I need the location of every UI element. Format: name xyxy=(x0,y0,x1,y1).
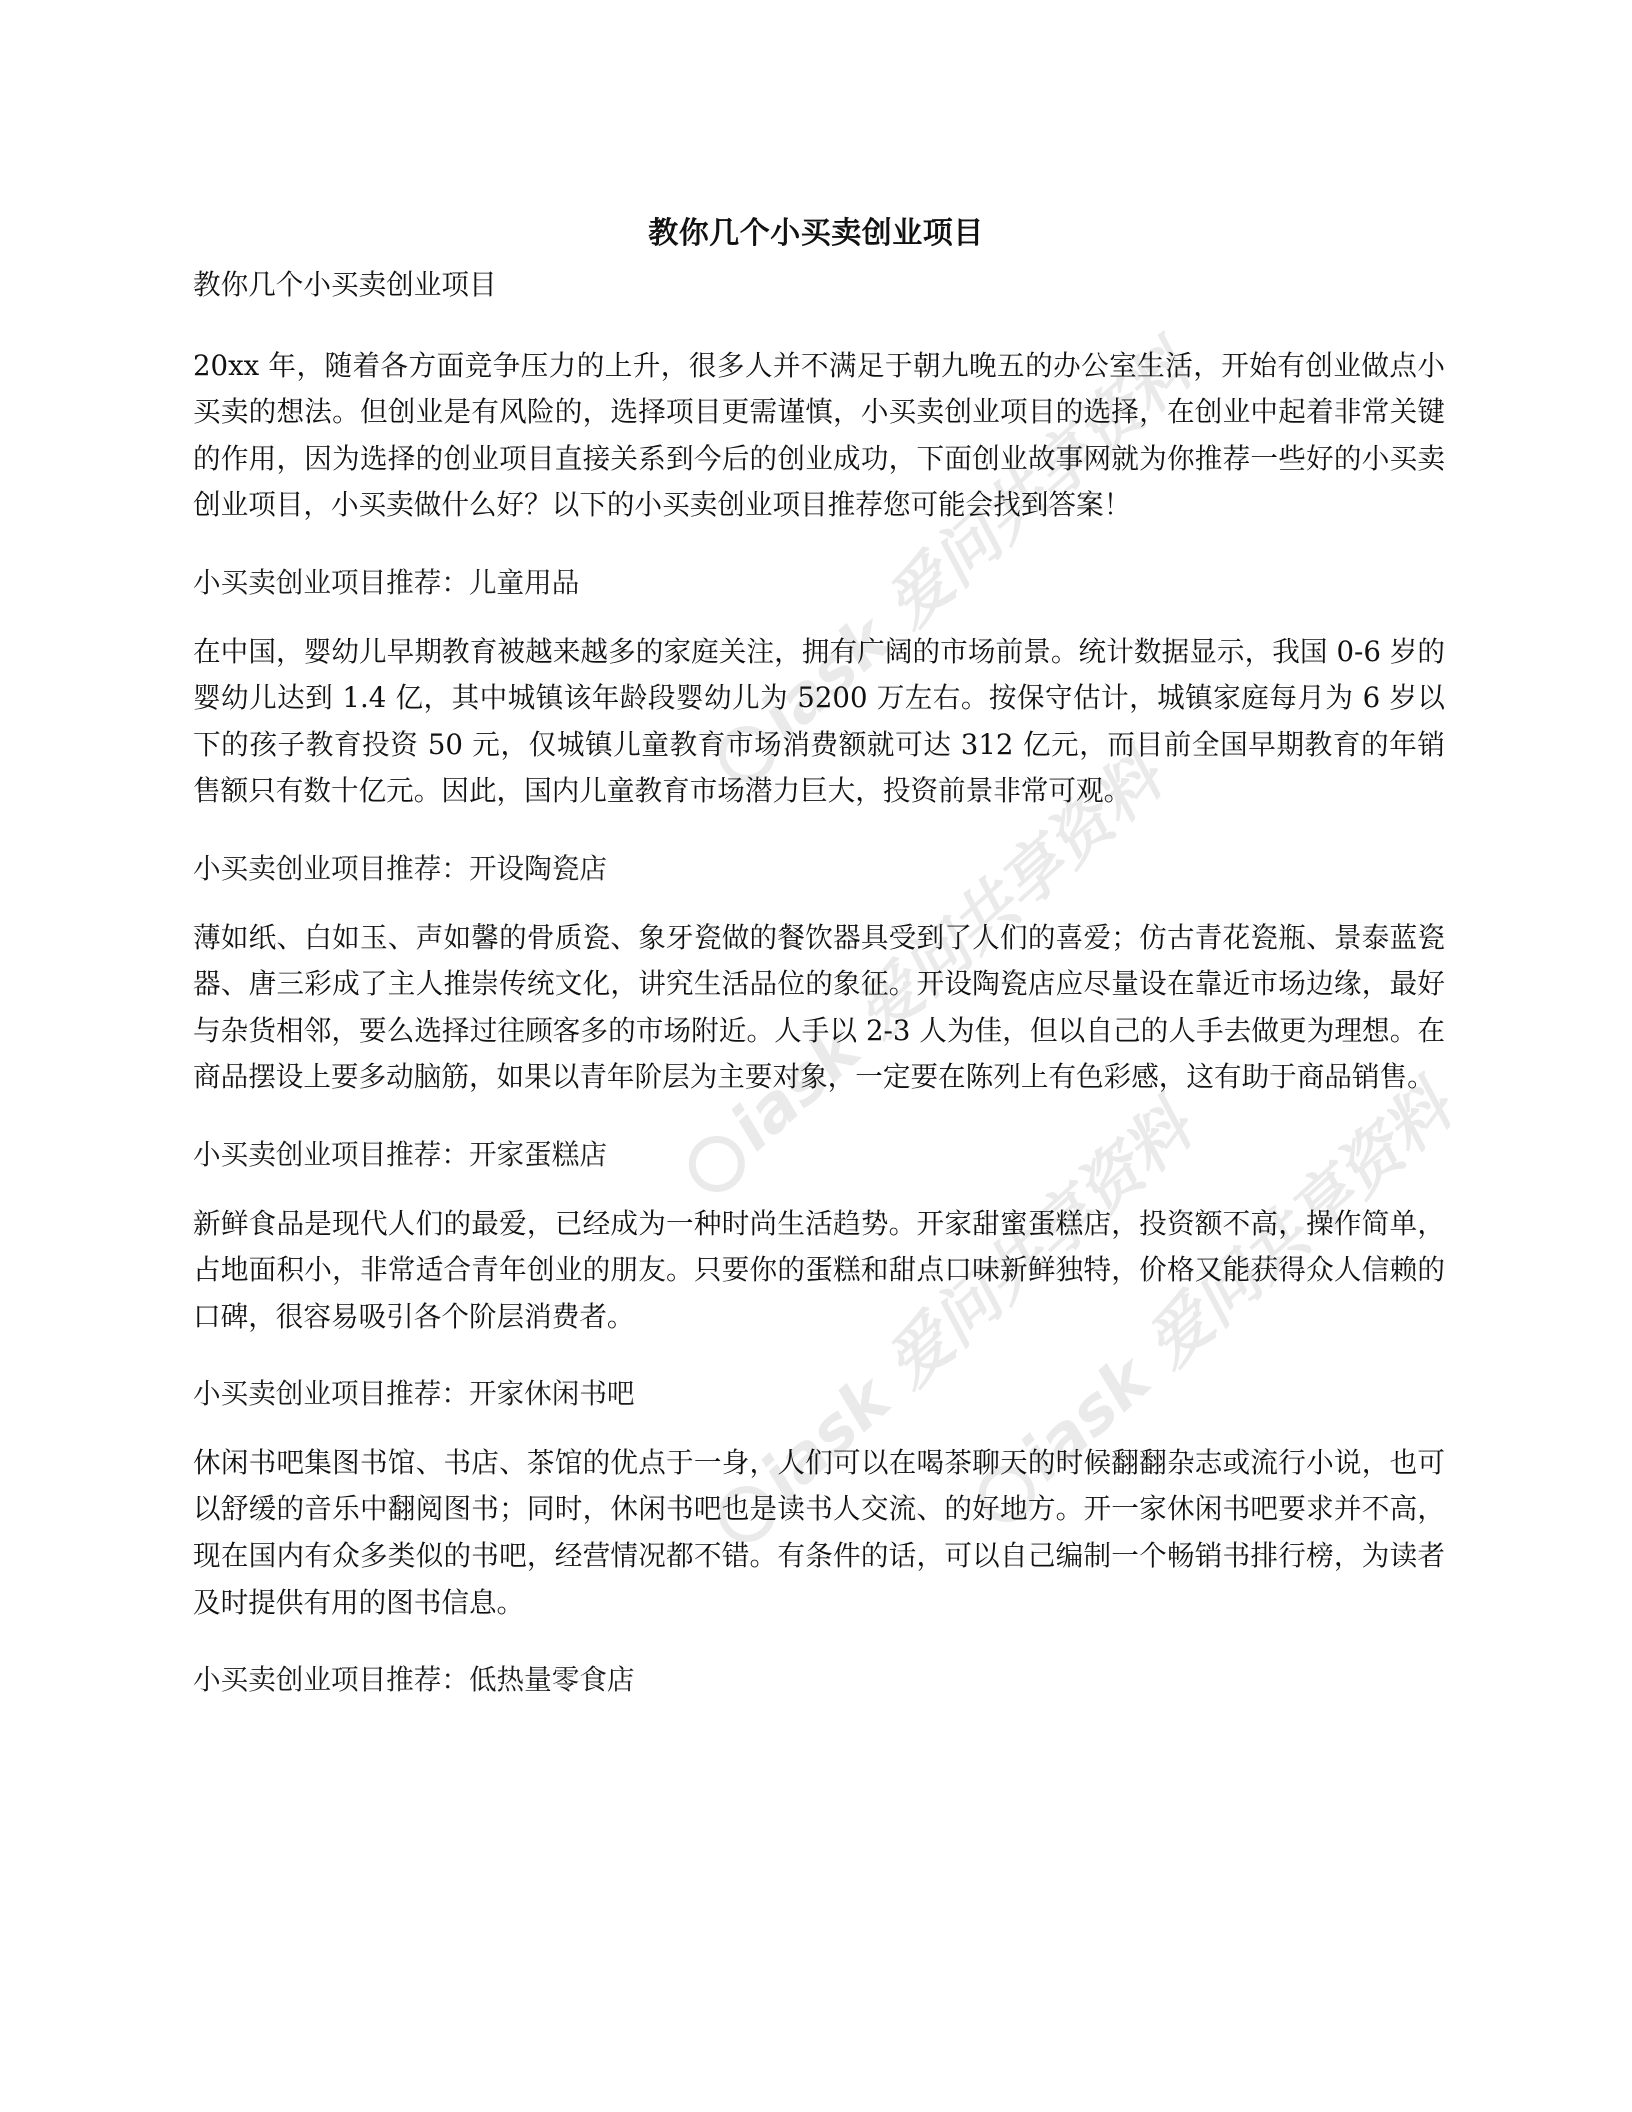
section-heading-low-calorie-snacks: 小买卖创业项目推荐：低热量零食店 xyxy=(193,1657,1445,1704)
section-body-book-bar: 休闲书吧集图书馆、书店、茶馆的优点于一身，人们可以在喝茶聊天的时候翻翻杂志或流行… xyxy=(193,1440,1445,1626)
intro-paragraph: 20xx 年，随着各方面竞争压力的上升，很多人并不满足于朝九晚五的办公室生活，开… xyxy=(193,343,1445,529)
section-body-children-products: 在中国，婴幼儿早期教育被越来越多的家庭关注，拥有广阔的市场前景。统计数据显示，我… xyxy=(193,629,1445,815)
document-body: 教你几个小买卖创业项目 20xx 年，随着各方面竞争压力的上升，很多人并不满足于… xyxy=(193,262,1445,1726)
section-heading-children-products: 小买卖创业项目推荐：儿童用品 xyxy=(193,560,1445,607)
section-heading-ceramics-store: 小买卖创业项目推荐：开设陶瓷店 xyxy=(193,846,1445,893)
document-page: iask 爱问共享资料 iask 爱问共享资料 iask 爱问共享资料 iask… xyxy=(0,0,1632,2112)
section-heading-book-bar: 小买卖创业项目推荐：开家休闲书吧 xyxy=(193,1371,1445,1418)
document-title: 教你几个小买卖创业项目 xyxy=(0,212,1632,256)
document-subtitle: 教你几个小买卖创业项目 xyxy=(193,262,1445,309)
section-heading-cake-shop: 小买卖创业项目推荐：开家蛋糕店 xyxy=(193,1132,1445,1179)
section-body-cake-shop: 新鲜食品是现代人们的最爱，已经成为一种时尚生活趋势。开家甜蜜蛋糕店，投资额不高，… xyxy=(193,1201,1445,1341)
section-body-ceramics-store: 薄如纸、白如玉、声如馨的骨质瓷、象牙瓷做的餐饮器具受到了人们的喜爱；仿古青花瓷瓶… xyxy=(193,915,1445,1101)
